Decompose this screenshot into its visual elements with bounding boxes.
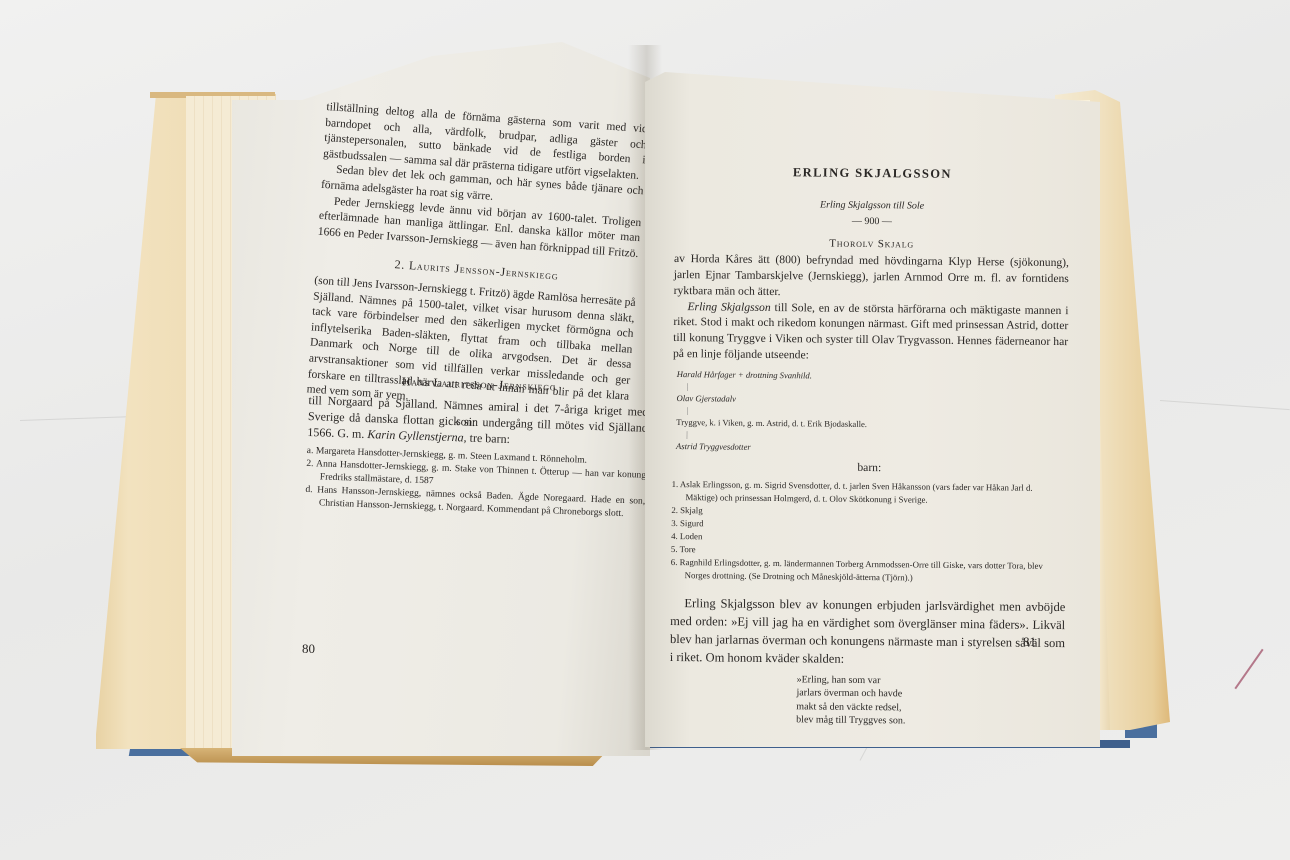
- page-number-left: 80: [302, 641, 315, 657]
- lineage-entry: Tryggve, k. i Viken, g. m. Astrid, d. t.…: [676, 417, 867, 429]
- chapter-year: — 900 —: [674, 212, 1069, 232]
- verse: »Erling, han som var jarlars överman och…: [796, 673, 1065, 730]
- lineage-entry: Harald Hårfager + drottning Svanhild.: [677, 369, 812, 380]
- children-list: 1. Aslak Erlingsson, g. m. Sigrid Svensd…: [671, 478, 1067, 586]
- lineage-entry: Olav Gjerstadalv: [676, 393, 736, 404]
- page-number-right: 81: [1023, 634, 1036, 650]
- photo-scene: tillställning deltog alla de förnäma gäs…: [0, 0, 1290, 860]
- spouse-name: Karin Gyllenstjerna: [367, 427, 464, 444]
- lineage-entry: Astrid Tryggvesdotter: [676, 441, 751, 452]
- right-page: Erling Skjalgsson Erling Skjalgsson till…: [645, 72, 1100, 747]
- erling-name: Erling Skjalgsson: [687, 300, 770, 314]
- child-entry: 1. Aslak Erlingsson, g. m. Sigrid Svensd…: [671, 478, 1066, 508]
- chapter-title: Erling Skjalgsson: [675, 164, 1070, 184]
- sub-paragraph-tail: , tre barn:: [463, 430, 510, 446]
- closing-paragraph: Erling Skjalgsson blev av konungen erbju…: [670, 594, 1066, 670]
- erling-paragraph: Erling Skjalgsson till Sole, en av de st…: [673, 299, 1069, 366]
- children-list: a. Margareta Hansdotter-Jernskiegg, g. m…: [305, 444, 647, 521]
- sub-paragraph: till Norgaard på Själland. Nämnes amiral…: [307, 392, 648, 452]
- surface-scratch: [1160, 400, 1290, 410]
- verse-line: blev måg till Tryggves son.: [796, 713, 1064, 729]
- pen-mark: [1234, 649, 1263, 689]
- left-page-lower-text: Hans Lauritsson-Jernskiegg till Norgaard…: [305, 358, 650, 521]
- left-page: tillställning deltog alla de förnäma gäs…: [232, 38, 650, 756]
- ancestor-paragraph: av Horda Kåres ätt (800) befryndad med h…: [674, 251, 1069, 303]
- right-page-text: Erling Skjalgsson Erling Skjalgsson till…: [669, 164, 1070, 730]
- lineage-chart: Harald Hårfager + drottning Svanhild. | …: [676, 368, 1068, 456]
- child-entry: 6. Ragnhild Erlingsdotter, g. m. länderm…: [671, 556, 1066, 586]
- children-label: barn:: [672, 458, 1067, 478]
